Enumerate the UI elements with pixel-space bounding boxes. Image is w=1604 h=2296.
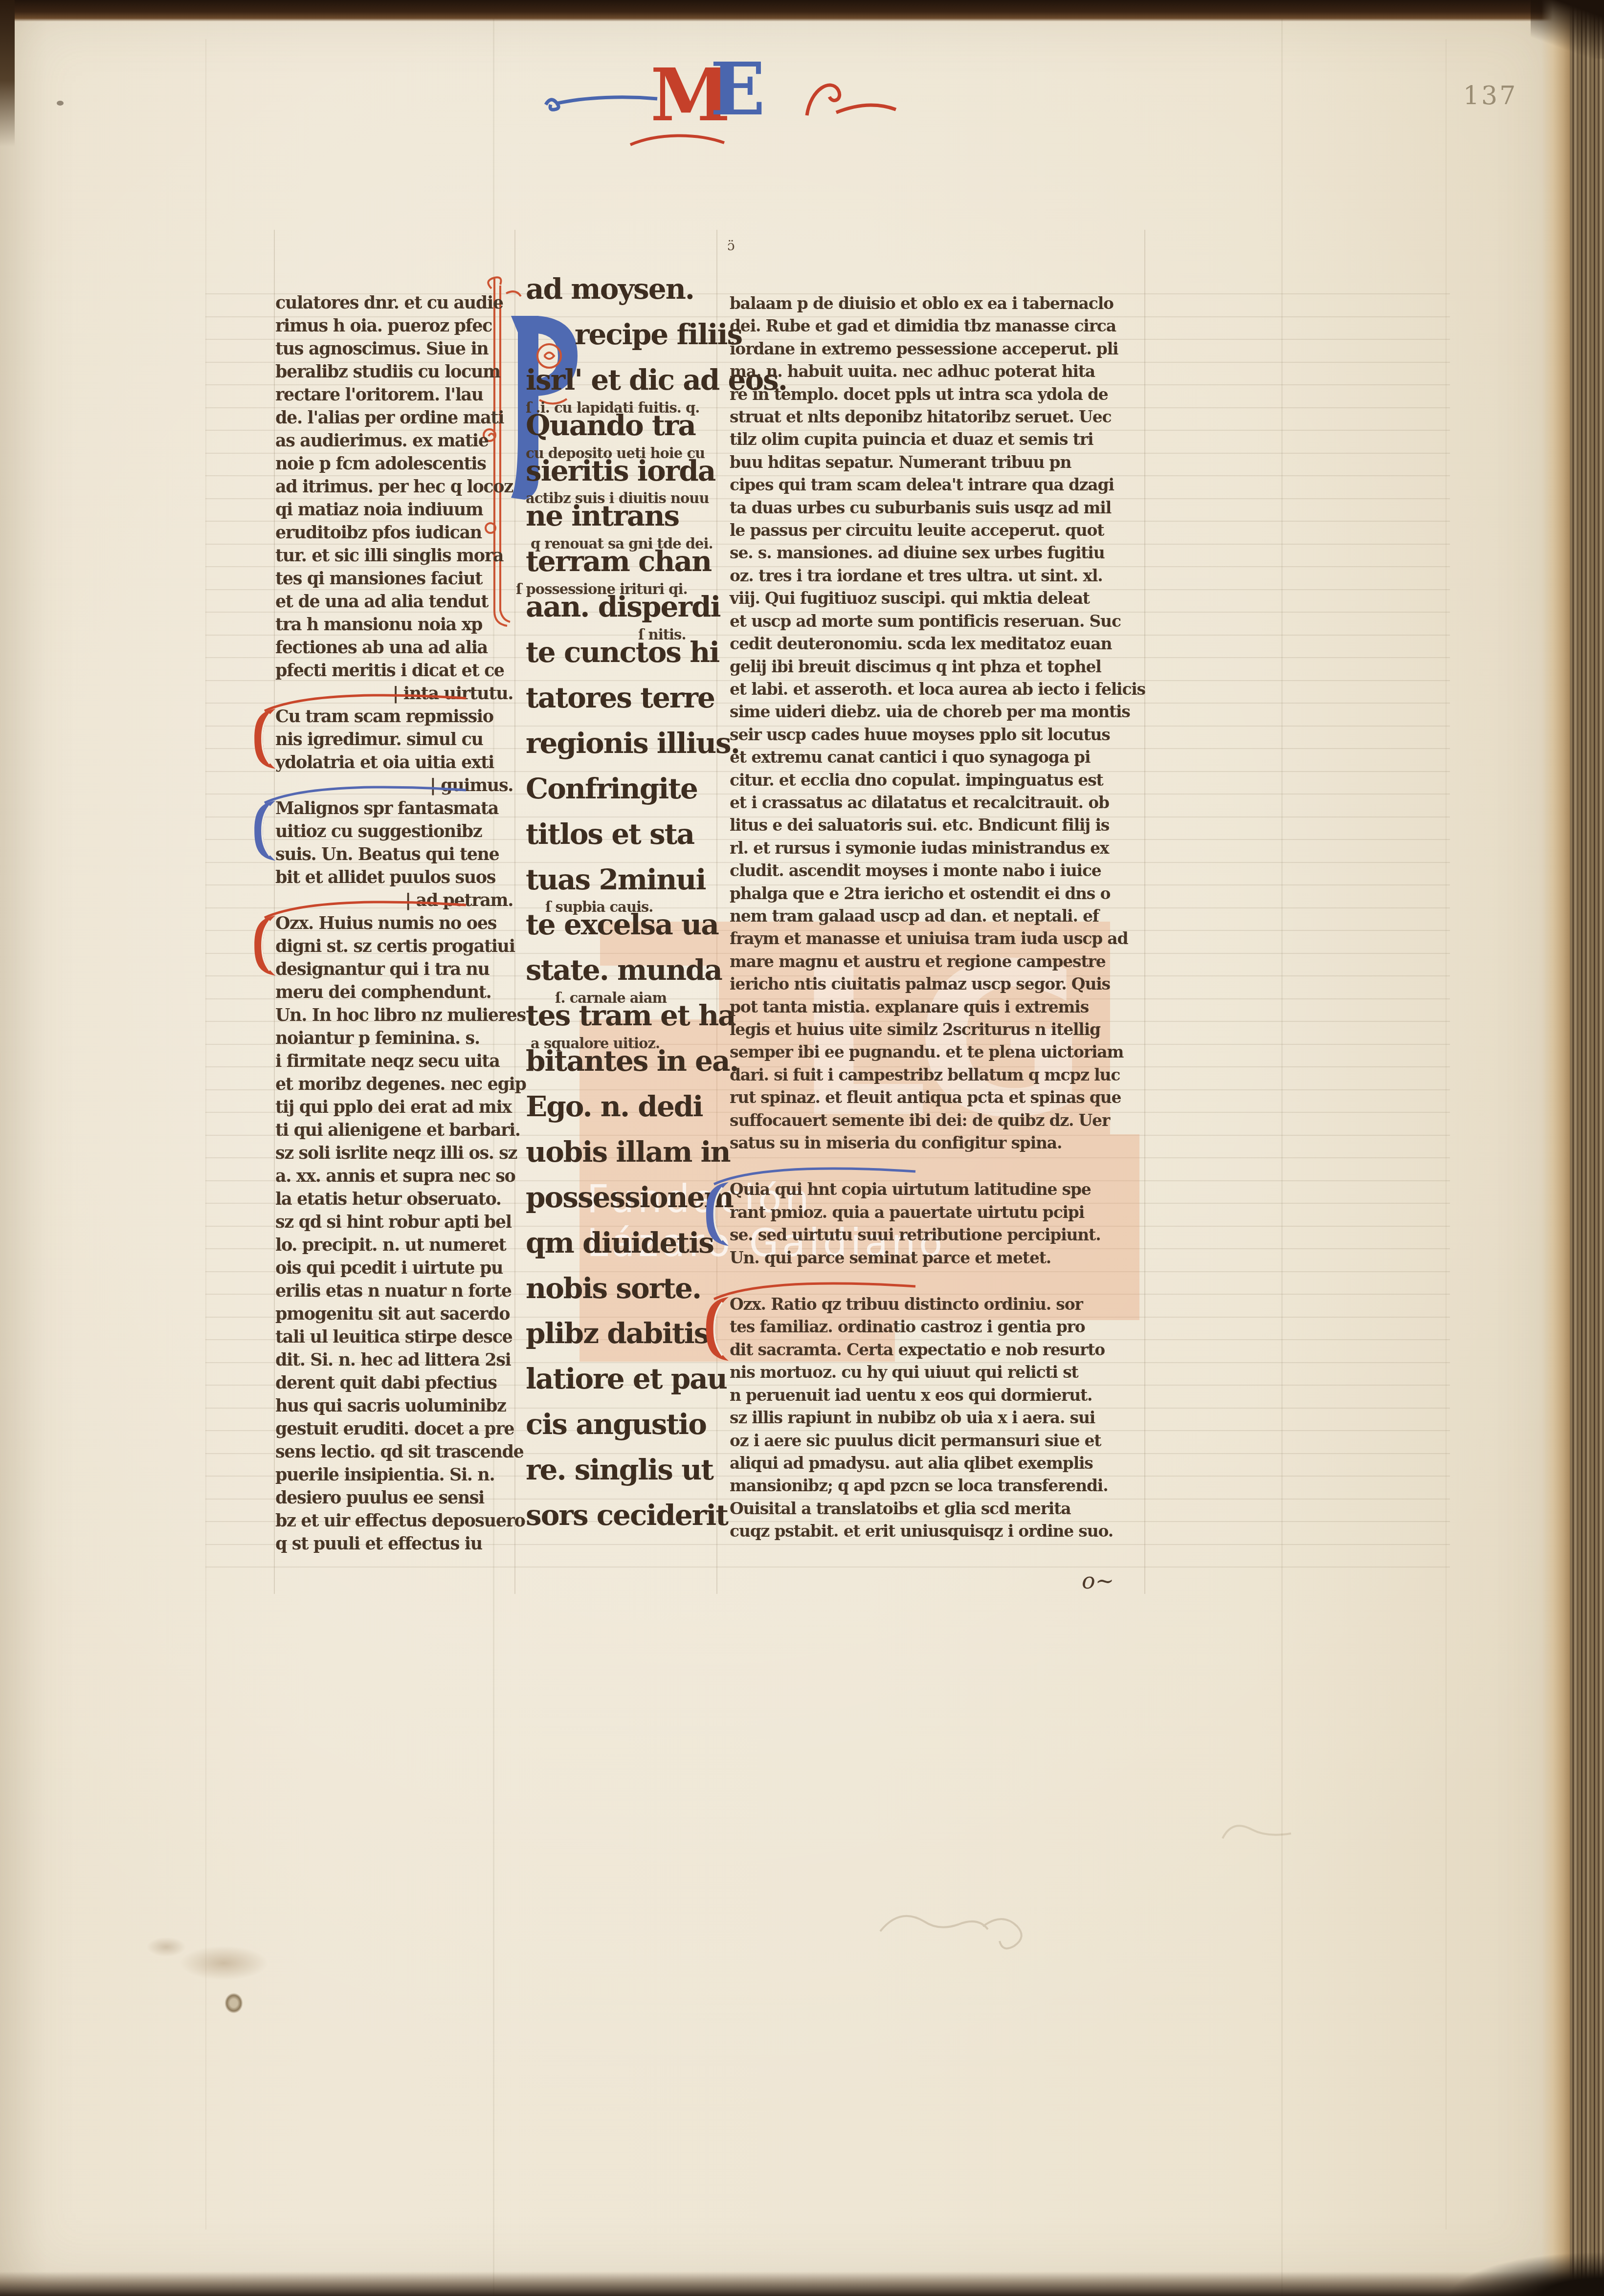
quire-mark: o~ bbox=[1082, 1567, 1114, 1594]
gloss-line: se. s. mansiones. ad diuine sex urbes fu… bbox=[730, 542, 1144, 564]
gloss-line: oz i aere sic puulus dicit permansuri si… bbox=[730, 1430, 1144, 1452]
bible-line-row: Confringite bbox=[526, 766, 724, 812]
gloss-line: mare magnu et austru et regione campestr… bbox=[730, 950, 1144, 973]
gloss-line: tur. et sic illi singlis mora bbox=[275, 544, 513, 567]
gloss-paragraph: Quia qui hnt copia uirtutum latitudine s… bbox=[730, 1178, 1144, 1269]
gloss-line: tus agnoscimus. Siue in bbox=[275, 337, 513, 360]
bible-line-row: recipe filiis bbox=[526, 312, 724, 357]
gloss-line: a. xx. annis et supra nec so bbox=[275, 1165, 513, 1188]
gloss-line: ydolatria et oia uitia exti bbox=[275, 751, 513, 774]
parchment-stain bbox=[180, 1946, 268, 1980]
gloss-line: culatores dnr. et cu audie bbox=[275, 291, 513, 314]
gloss-line: q st puuli et effectus iu bbox=[275, 1532, 513, 1555]
gloss-line: struat et nlts deponibz hitatoribz serue… bbox=[730, 406, 1144, 428]
bible-line-row: ſ supbia cauis.te excelsa ua bbox=[526, 902, 724, 948]
gloss-line: et de una ad alia tendut bbox=[275, 590, 513, 613]
gloss-line: Malignos spr fantasmata bbox=[275, 797, 513, 820]
binding-corner-topleft bbox=[0, 0, 15, 147]
bible-line-row: tuas 2minui bbox=[526, 857, 724, 903]
gloss-line: pmogenitu sit aut sacerdo bbox=[275, 1303, 513, 1325]
gloss-line: cedit deuteronomiu. scda lex meditatoz e… bbox=[730, 633, 1144, 655]
parchment-hole bbox=[221, 1989, 246, 2017]
bible-text-line: recipe filiis bbox=[526, 312, 724, 357]
bible-text-line: regionis illius. bbox=[526, 721, 724, 766]
ruling-vline bbox=[205, 39, 206, 2230]
page-block-edges bbox=[1570, 0, 1604, 2296]
gloss-line: bit et allidet puulos suos bbox=[275, 866, 513, 889]
bible-text-line: plibz dabitis bbox=[526, 1311, 724, 1356]
gloss-line: desiero puulus ee sensi bbox=[275, 1486, 513, 1509]
gloss-line: se. sed uirtutu suui retributione percip… bbox=[730, 1224, 1144, 1246]
binding-edge-top bbox=[0, 0, 1604, 22]
gloss-line: cipes qui tram scam delea't intrare qua … bbox=[730, 474, 1144, 496]
bible-line-row: re. singlis ut bbox=[526, 1447, 724, 1493]
bible-text-line: uobis illam in bbox=[526, 1129, 724, 1174]
bible-text-line: tatores terre bbox=[526, 675, 724, 720]
gloss-line: dari. si fuit i campestribz bellatum q m… bbox=[730, 1064, 1144, 1086]
gloss-line: hus qui sacris uoluminibz bbox=[275, 1394, 513, 1417]
gloss-line: digni st. sz certis progatiui bbox=[275, 935, 513, 958]
gloss-line: erilis etas n nuatur n forte bbox=[275, 1280, 513, 1303]
gloss-line: nem tram galaad uscp ad dan. et neptali.… bbox=[730, 905, 1144, 927]
gloss-line: nis mortuoz. cu hy qui uiuut qui relicti… bbox=[730, 1361, 1144, 1384]
gloss-line: dei. Rube et gad et dimidia tbz manasse … bbox=[730, 315, 1144, 337]
gloss-line: Cu tram scam repmissio bbox=[275, 705, 513, 728]
gloss-line: Ozx. Ratio qz tribuu distincto ordiniu. … bbox=[730, 1293, 1144, 1316]
crease-line bbox=[493, 0, 494, 2296]
gloss-line: de. l'alias per ordine mati bbox=[275, 406, 513, 429]
gloss-paragraph: culatores dnr. et cu audierimus h oia. p… bbox=[275, 291, 513, 705]
gloss-line: iericho ntis ciuitatis palmaz uscp segor… bbox=[730, 973, 1144, 995]
gloss-line: designantur qui i tra nu bbox=[275, 958, 513, 981]
ink-speck bbox=[57, 101, 64, 106]
gloss-line: Un. In hoc libro nz mulieres bbox=[275, 1004, 513, 1027]
gloss-line: i firmitate neqz secu uita bbox=[275, 1050, 513, 1073]
bible-line-row: actibz suis i diuitis nouune intrans bbox=[526, 493, 724, 539]
bible-text-line: isrl' et dic ad eos. bbox=[526, 357, 724, 402]
bible-text-line: te cunctos hi bbox=[526, 630, 724, 675]
paraph-mark-red bbox=[250, 704, 279, 768]
bible-text-line: ad moysen. bbox=[526, 266, 724, 311]
bible-line-row: possessionem bbox=[526, 1175, 724, 1220]
gloss-line: lo. precipit. n. ut numeret bbox=[275, 1234, 513, 1257]
bible-line-row: q renouat sa gni tde dei.terram chan bbox=[526, 539, 724, 584]
gloss-line: sz qd si hint robur apti bel bbox=[275, 1211, 513, 1234]
gloss-line: litus e dei saluatoris sui. etc. Bndicun… bbox=[730, 814, 1144, 837]
bible-line-row: nobis sorte. bbox=[526, 1266, 724, 1311]
bible-text-line: nobis sorte. bbox=[526, 1266, 724, 1311]
gloss-line: sz illis rapiunt in nubibz ob uia x i ae… bbox=[730, 1407, 1144, 1429]
binding-corner-bottomright bbox=[1399, 2237, 1604, 2296]
gloss-line: meru dei comphendunt. bbox=[275, 981, 513, 1004]
gloss-line: tra h mansionu noia xp bbox=[275, 613, 513, 636]
bible-text-line: tuas 2minui bbox=[526, 857, 724, 902]
gloss-line: et moribz degenes. nec egip bbox=[275, 1073, 513, 1096]
gloss-line: buu hditas sepatur. Numerant tribuu pn bbox=[730, 451, 1144, 474]
gloss-line: balaam p de diuisio et oblo ex ea i tabe… bbox=[730, 292, 1144, 315]
gloss-line: semper ibi ee pugnandu. et te plena uict… bbox=[730, 1041, 1144, 1063]
bible-text-column: ad moysen.recipe filiisisrl' et dic ad e… bbox=[526, 266, 724, 1538]
interlinear-gloss: a squalore uitioz. bbox=[531, 1035, 660, 1052]
gloss-line: cludit. ascendit moyses i monte nabo i i… bbox=[730, 860, 1144, 882]
parchment-stain bbox=[147, 1937, 186, 1957]
gloss-line: as audierimus. ex matie bbox=[275, 429, 513, 452]
gloss-line: sz soli isrlite neqz illi os. sz bbox=[275, 1142, 513, 1165]
gloss-line: tij qui pplo dei erat ad mix bbox=[275, 1096, 513, 1119]
bible-line-row: plibz dabitis bbox=[526, 1311, 724, 1356]
interlinear-gloss: ſ possessione irituri qi. bbox=[516, 581, 688, 597]
gloss-line: ti qui alienigene et barbari. bbox=[275, 1119, 513, 1142]
bible-line-row: cu deposito ueti hoie cusieritis iorda bbox=[526, 448, 724, 494]
gloss-line: rimus h oia. pueroz pfec bbox=[275, 314, 513, 337]
gloss-line: tes qi mansiones faciut bbox=[275, 567, 513, 590]
gloss-line: et i crassatus ac dilatatus et recalcitr… bbox=[730, 792, 1144, 814]
gloss-line: qi matiaz noia indiuum bbox=[275, 498, 513, 521]
gloss-line: tali ul leuitica stirpe desce bbox=[275, 1325, 513, 1348]
gloss-line: sens lectio. qd sit trascende bbox=[275, 1440, 513, 1463]
gloss-line: noie p fcm adolescentis bbox=[275, 452, 513, 475]
gloss-line: oz. tres i tra iordane et tres ultra. ut… bbox=[730, 565, 1144, 587]
ruling-vline bbox=[1144, 230, 1145, 1594]
gloss-line: tilz olim cupita puincia et duaz et semi… bbox=[730, 428, 1144, 451]
gloss-line: legis et huius uite similz 2scriturus n … bbox=[730, 1018, 1144, 1041]
bible-line-row: Ego. n. dedi bbox=[526, 1084, 724, 1129]
gloss-line: uitioz cu suggestionibz bbox=[275, 820, 513, 843]
gloss-line: bz et uir effectus deposuero bbox=[275, 1509, 513, 1532]
gloss-line: la etatis hetur obseruato. bbox=[275, 1188, 513, 1211]
gloss-paragraph: Ozx. Huius numis no oesdigni st. sz cert… bbox=[275, 912, 513, 1555]
bible-text-line: Ego. n. dedi bbox=[526, 1084, 724, 1129]
bible-text-line: qm diuidetis bbox=[526, 1220, 724, 1265]
gloss-line: dit sacramta. Certa expectatio e nob res… bbox=[730, 1339, 1144, 1361]
bible-line-row: ſ. carnale aiamtes tram et ha bbox=[526, 993, 724, 1038]
bible-line-row: uobis illam in bbox=[526, 1129, 724, 1175]
interlinear-gloss: ſ nitis. bbox=[638, 626, 686, 643]
interlinear-gloss: ſ .i. cu lapidati fuitis. q. bbox=[526, 399, 699, 416]
header-underline-red bbox=[628, 130, 726, 150]
gloss-line: ad itrimus. per hec q locoz bbox=[275, 475, 513, 498]
gloss-line: puerile insipientia. Si. n. bbox=[275, 1463, 513, 1486]
gloss-line: et uscp ad morte sum pontificis reseruan… bbox=[730, 610, 1144, 633]
gloss-line: rant pmioz. quia a pauertate uirtutu pci… bbox=[730, 1201, 1144, 1224]
gloss-line: satus su in miseria du configitur spina. bbox=[730, 1132, 1144, 1154]
gloss-line: aliqui ad pmadysu. aut alia qlibet exemp… bbox=[730, 1452, 1144, 1475]
bible-text-line: possessionem bbox=[526, 1175, 724, 1220]
bible-line-row: ſ .i. cu lapidati fuitis. q.Quando tra bbox=[526, 403, 724, 448]
bible-text-line: titlos et sta bbox=[526, 812, 724, 857]
gloss-line: iordane in extremo pessessione acceperut… bbox=[730, 338, 1144, 360]
manuscript-page: LG Fundación Lázaro Galdiano M E 137 ɔ̈ bbox=[0, 0, 1604, 2296]
gloss-line: nis igredimur. simul cu bbox=[275, 728, 513, 751]
paraph-mark-red bbox=[250, 911, 279, 974]
bible-line-row: ſ nitis.te cunctos hi bbox=[526, 630, 724, 675]
header-flourish-blue bbox=[542, 82, 659, 116]
running-title-letter-right: E bbox=[710, 53, 765, 125]
bible-line-row: regionis illius. bbox=[526, 721, 724, 766]
gloss-line: derent quit dabi pfectius bbox=[275, 1371, 513, 1394]
gloss-line: Ozx. Huius numis no oes bbox=[275, 912, 513, 935]
gloss-line: fectiones ab una ad alia bbox=[275, 636, 513, 659]
bible-line-row: qm diuidetis bbox=[526, 1220, 724, 1266]
gloss-line: sime uideri diebz. uia de choreb per ma … bbox=[730, 701, 1144, 723]
offset-doodle bbox=[1213, 1809, 1301, 1853]
left-gloss-column: culatores dnr. et cu audierimus h oia. p… bbox=[275, 291, 513, 1555]
bible-line-row: latiore et pau bbox=[526, 1356, 724, 1402]
gloss-line: et labi. et asseroth. et loca aurea ab i… bbox=[730, 678, 1144, 701]
ruling-vline bbox=[1446, 39, 1447, 2230]
folio-number: 137 bbox=[1463, 81, 1517, 110]
bible-line-row: tatores terre bbox=[526, 675, 724, 721]
bible-text-line: re. singlis ut bbox=[526, 1447, 724, 1492]
bible-text-line: latiore et pau bbox=[526, 1356, 724, 1401]
interlinear-gloss: actibz suis i diuitis nouu bbox=[526, 490, 709, 507]
gloss-line: rl. et rursus i symonie iudas ministrand… bbox=[730, 837, 1144, 860]
gloss-line: phalga que e 2tra iericho et ostendit ei… bbox=[730, 883, 1144, 905]
page-block-gutter bbox=[1541, 0, 1570, 2296]
gloss-line: noiantur p feminina. s. bbox=[275, 1027, 513, 1050]
bible-line-row: titlos et sta bbox=[526, 812, 724, 857]
binding-corner-topright bbox=[1531, 0, 1604, 59]
interlinear-gloss: ſ. carnale aiam bbox=[555, 990, 667, 1006]
gloss-line: fraym et manasse et uniuisa tram iuda us… bbox=[730, 927, 1144, 950]
gloss-line: suis. Un. Beatus qui tene bbox=[275, 843, 513, 866]
gloss-line: rut spinaz. et fleuit antiqua pcta et sp… bbox=[730, 1086, 1144, 1109]
gloss-line: le passus per circuitu leuite acceperut.… bbox=[730, 519, 1144, 542]
gloss-line: cuqz pstabit. et erit uniusquisqz i ordi… bbox=[730, 1520, 1144, 1543]
right-gloss-column: balaam p de diuisio et oblo ex ea i tabe… bbox=[730, 292, 1144, 1543]
gloss-line: n peruenuit iad uentu x eos qui dormieru… bbox=[730, 1384, 1144, 1407]
gloss-line: ta duas urbes cu suburbanis suis usqz ad… bbox=[730, 497, 1144, 519]
paraph-mark-blue bbox=[250, 796, 279, 860]
gloss-line: rectare l'oritorem. l'lau bbox=[275, 383, 513, 406]
gloss-line: pfecti meritis i dicat et ce bbox=[275, 659, 513, 682]
gloss-paragraph: Malignos spr fantasmatauitioz cu suggest… bbox=[275, 797, 513, 912]
gloss-line: mansionibz; q apd pzcn se loca transfere… bbox=[730, 1475, 1144, 1497]
gloss-line: seir uscp cades huue moyses pplo sit loc… bbox=[730, 724, 1144, 746]
gloss-line: ma. n. habuit uuita. nec adhuc poterat h… bbox=[730, 360, 1144, 383]
gloss-line: re in templo. docet ppls ut intra sca yd… bbox=[730, 383, 1144, 406]
gloss-tie-mark: ɔ̈ bbox=[727, 238, 735, 254]
gloss-line: ois qui pcedit i uirtute pu bbox=[275, 1257, 513, 1280]
header-flourish-red bbox=[802, 68, 900, 122]
bible-text-line: sors ceciderit bbox=[526, 1493, 724, 1538]
bible-line-row: ad moysen. bbox=[526, 266, 724, 312]
interlinear-gloss: cu deposito ueti hoie cu bbox=[526, 445, 705, 462]
bible-line-row: cis angustio bbox=[526, 1402, 724, 1447]
interlinear-gloss: ſ supbia cauis. bbox=[545, 899, 653, 915]
gloss-paragraph: Ozx. Ratio qz tribuu distincto ordiniu. … bbox=[730, 1293, 1144, 1543]
gloss-line: dit. Si. n. hec ad littera 2si bbox=[275, 1348, 513, 1371]
crease-line bbox=[1281, 0, 1283, 2296]
bible-line-row: a squalore uitioz.bitantes in ea. bbox=[526, 1038, 724, 1084]
gloss-line: citur. et ecclia dno copulat. impinguatu… bbox=[730, 769, 1144, 792]
gloss-line: pot tanta mistia. explanare quis i extre… bbox=[730, 996, 1144, 1018]
bible-line-row: state. munda bbox=[526, 948, 724, 993]
interlinear-gloss: q renouat sa gni tde dei. bbox=[531, 535, 713, 552]
gloss-line: beralibz studiis cu locum bbox=[275, 360, 513, 383]
bible-text-line: cis angustio bbox=[526, 1402, 724, 1447]
gloss-line: Ouisital a translatoibs et glia scd meri… bbox=[730, 1498, 1144, 1520]
gloss-line: eruditoibz pfos iudican bbox=[275, 521, 513, 544]
bible-text-line: Confringite bbox=[526, 766, 724, 811]
offset-doodle bbox=[861, 1897, 1066, 1975]
gloss-line: gelij ibi breuit discimus q int phza et … bbox=[730, 656, 1144, 678]
gloss-line: tes familiaz. ordinatio castroz i gentia… bbox=[730, 1316, 1144, 1338]
gloss-line: suffocauert semente ibi dei: de quibz dz… bbox=[730, 1109, 1144, 1132]
bible-line-row: sors ceciderit bbox=[526, 1493, 724, 1538]
bible-text-line: state. munda bbox=[526, 948, 724, 993]
gloss-line: et extremu canat cantici i quo synagoga … bbox=[730, 746, 1144, 769]
gloss-paragraph: balaam p de diuisio et oblo ex ea i tabe… bbox=[730, 292, 1144, 1154]
gloss-line: gestuit eruditi. docet a pre bbox=[275, 1417, 513, 1440]
gloss-line: Un. qui parce seminat parce et metet. bbox=[730, 1247, 1144, 1269]
bible-line-row: isrl' et dic ad eos. bbox=[526, 357, 724, 403]
bible-line-row: ſ possessione irituri qi.aan. disperdi bbox=[526, 584, 724, 630]
gloss-line: viij. Qui fugitiuoz suscipi. qui mktia d… bbox=[730, 587, 1144, 610]
binding-edge-bottom bbox=[0, 2272, 1604, 2296]
gloss-line: Quia qui hnt copia uirtutum latitudine s… bbox=[730, 1178, 1144, 1201]
